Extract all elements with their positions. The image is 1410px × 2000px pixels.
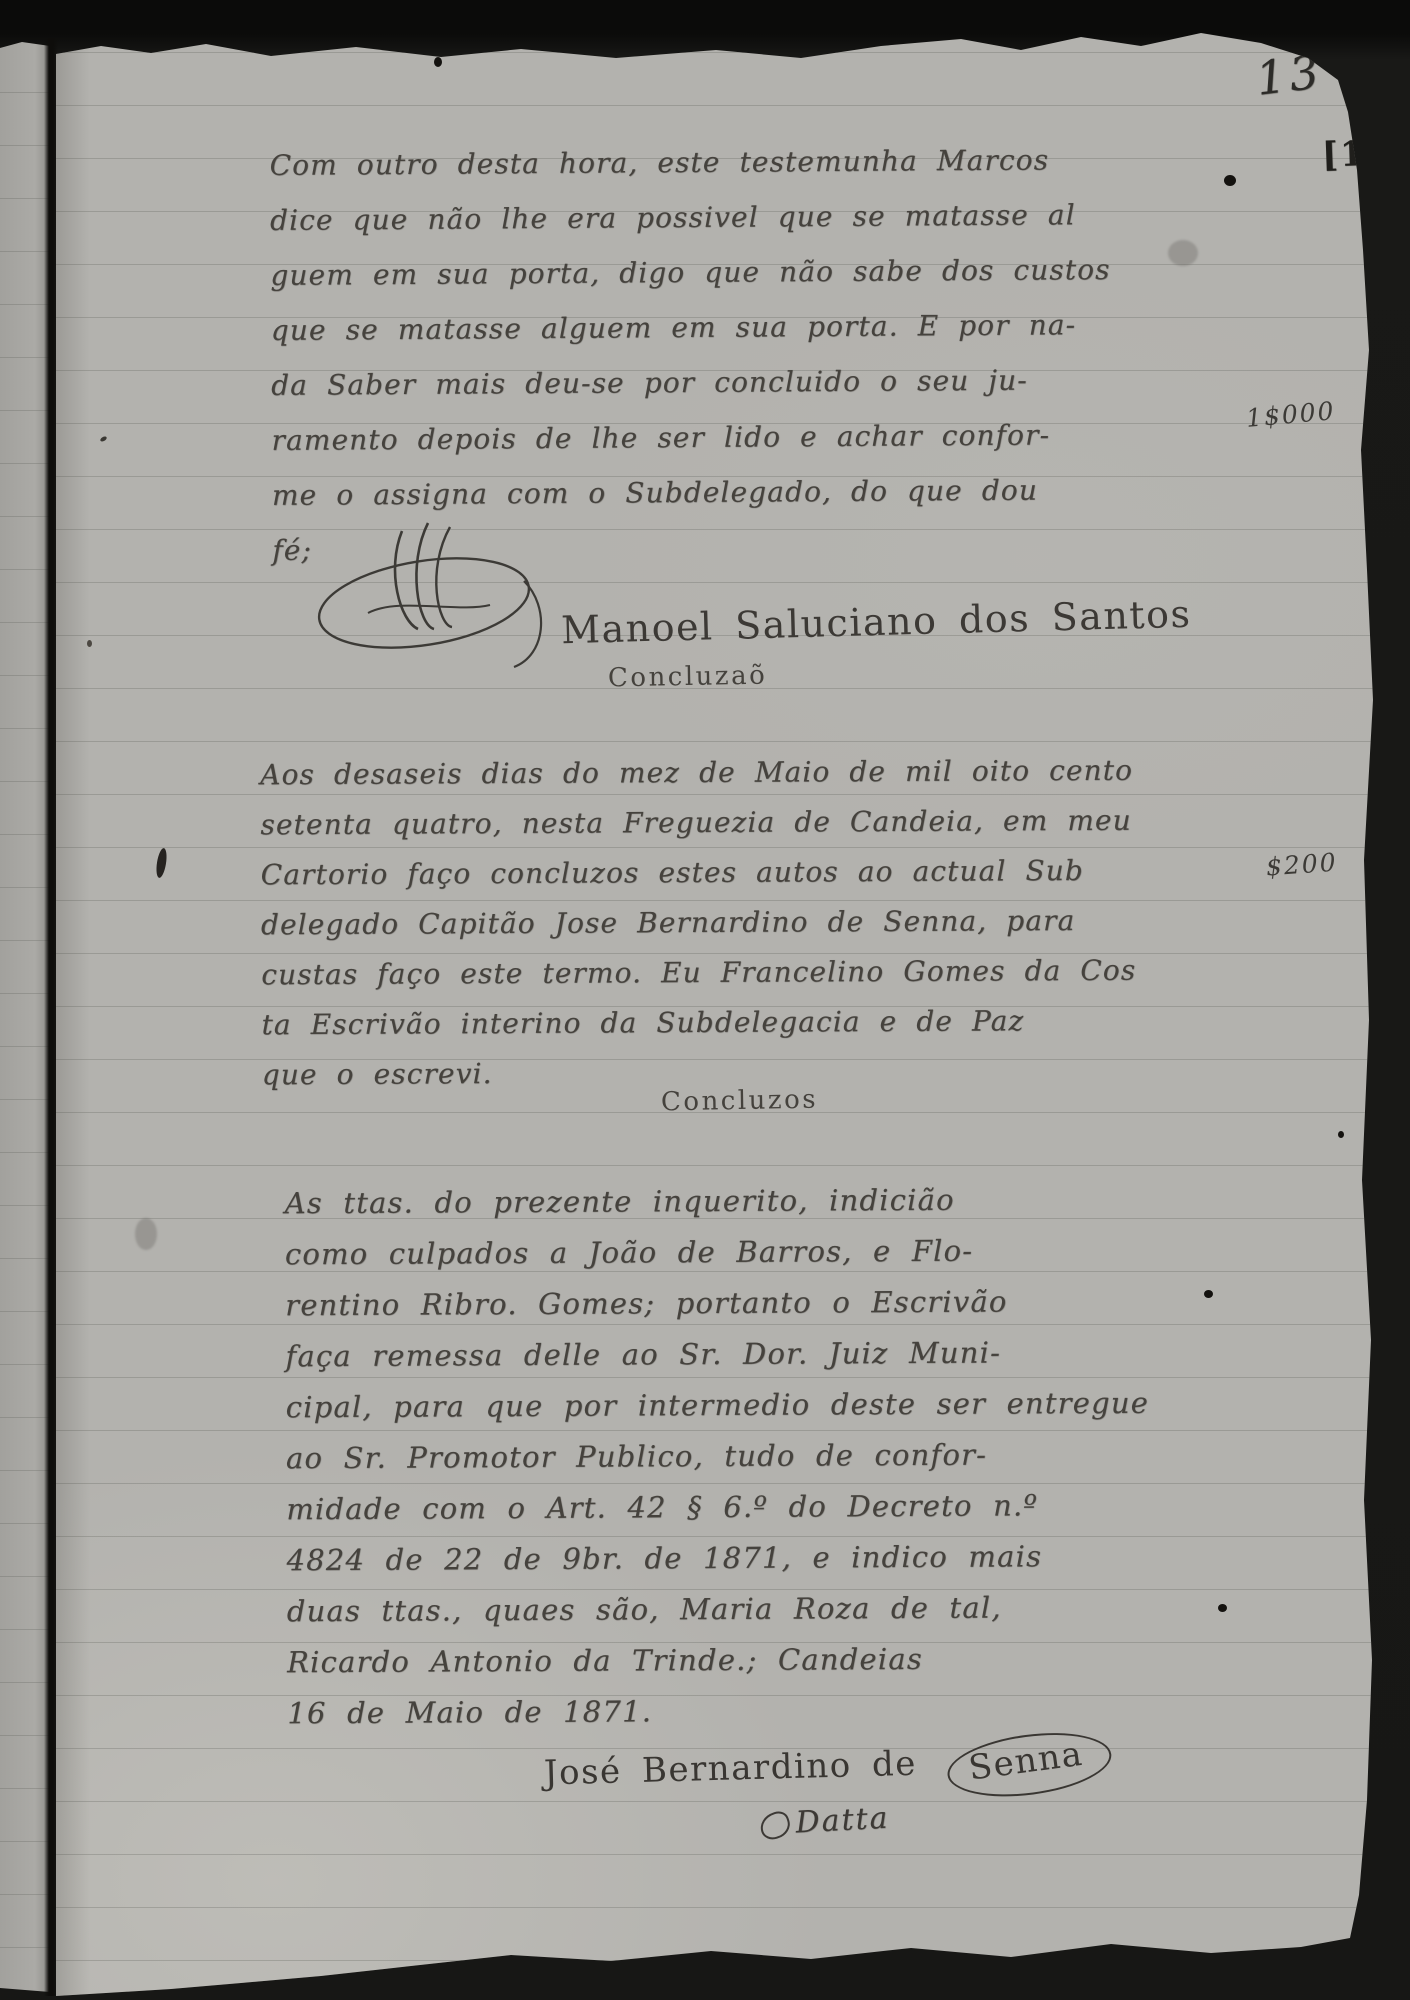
docket-label: Datta (795, 1801, 891, 1841)
handwritten-line: Com outro desta hora, este testemunha Ma… (269, 132, 1110, 193)
signature-name: José Bernardino de (543, 1744, 917, 1794)
ink-speck (1204, 1290, 1213, 1298)
testimony-paragraph: Com outro desta hora, este testemunha Ma… (269, 132, 1112, 578)
handwritten-line: da Saber mais deu-se por concluido o seu… (271, 352, 1112, 413)
rubric-flourish (306, 515, 566, 675)
handwritten-line: que se matasse alguem em sua porta. E po… (271, 297, 1112, 358)
signature-rubric: Senna (967, 1734, 1086, 1789)
handwritten-line: como culpados a João de Barros, e Flo- (285, 1225, 1149, 1281)
handwritten-line: guem em sua porta, digo que não sabe dos… (270, 242, 1111, 303)
ink-speck (434, 57, 442, 67)
manuscript-scan: 13 [10] Com outro desta hora, este teste… (0, 0, 1410, 2000)
witness-signature: Manoel Saluciano dos Santos (561, 592, 1193, 652)
handwritten-line: duas ttas., quaes são, Maria Roza de tal… (287, 1582, 1151, 1638)
handwritten-line: Cartorio faço concluzos estes autos ao a… (261, 846, 1136, 901)
handwritten-line: setenta quatro, nesta Freguezia de Cande… (260, 796, 1135, 851)
handwritten-line: me o assigna com o Subdelegado, do que d… (272, 462, 1113, 523)
adjacent-page-edge (0, 40, 50, 1992)
heading-conclusao: Concluzaõ (608, 661, 768, 694)
stain-smudge (1168, 240, 1198, 266)
ink-speck (1224, 175, 1236, 186)
stain-smudge (135, 1218, 157, 1250)
handwritten-line: ta Escrivão interino da Subdelegacia e d… (261, 996, 1136, 1051)
handwritten-line: ao Sr. Promotor Publico, tudo de confor- (286, 1429, 1150, 1485)
handwritten-line: Ricardo Antonio da Trinde.; Candeias (287, 1633, 1151, 1689)
handwritten-line: faça remessa delle ao Sr. Dor. Juiz Muni… (285, 1327, 1149, 1383)
folio-number: 13 (1253, 44, 1326, 106)
ink-speck (87, 640, 92, 647)
handwritten-line: 4824 de 22 de 9br. de 1871, e indico mai… (286, 1531, 1150, 1587)
margin-fee-note: 1$000 (1245, 396, 1337, 433)
handwritten-line: midade com o Art. 42 § 6.º do Decreto n.… (286, 1480, 1150, 1536)
subdelegado-signature: José Bernardino de Senna (543, 1733, 1113, 1808)
handwritten-line: 16 de Maio de 1871. (287, 1684, 1151, 1740)
signature-rubric-oval: Senna (944, 1724, 1115, 1805)
ink-speck (1218, 1604, 1227, 1612)
margin-fee-note: $200 (1265, 848, 1338, 882)
conclusion-term-paragraph: Aos desaseis dias do mez de Maio de mil … (260, 746, 1137, 1101)
manuscript-page: 13 [10] Com outro desta hora, este teste… (56, 0, 1410, 2000)
binding-gutter-shadow (44, 38, 58, 1996)
heading-conclusos: Concluzos (661, 1085, 819, 1118)
handwritten-line: ramento depois de lhe ser lido e achar c… (271, 407, 1112, 468)
despacho-paragraph: As ttas. do prezente inquerito, indicião… (285, 1174, 1151, 1740)
handwritten-line: delegado Capitão Jose Bernardino de Senn… (261, 896, 1136, 951)
ink-speck (1338, 1131, 1344, 1138)
handwritten-line: rentino Ribro. Gomes; portanto o Escrivã… (285, 1276, 1149, 1332)
handwritten-line: custas faço este termo. Eu Francelino Go… (261, 946, 1136, 1001)
handwritten-line: cipal, para que por intermedio deste ser… (286, 1378, 1150, 1434)
docket-note: Datta (759, 1801, 890, 1843)
handwritten-line: dice que não lhe era possivel que se mat… (270, 187, 1111, 248)
handwritten-line: As ttas. do prezente inquerito, indicião (285, 1174, 1149, 1230)
handwritten-line: Aos desaseis dias do mez de Maio de mil … (260, 746, 1135, 801)
archival-number: [10] (1321, 132, 1410, 175)
docket-flourish (757, 1809, 794, 1843)
